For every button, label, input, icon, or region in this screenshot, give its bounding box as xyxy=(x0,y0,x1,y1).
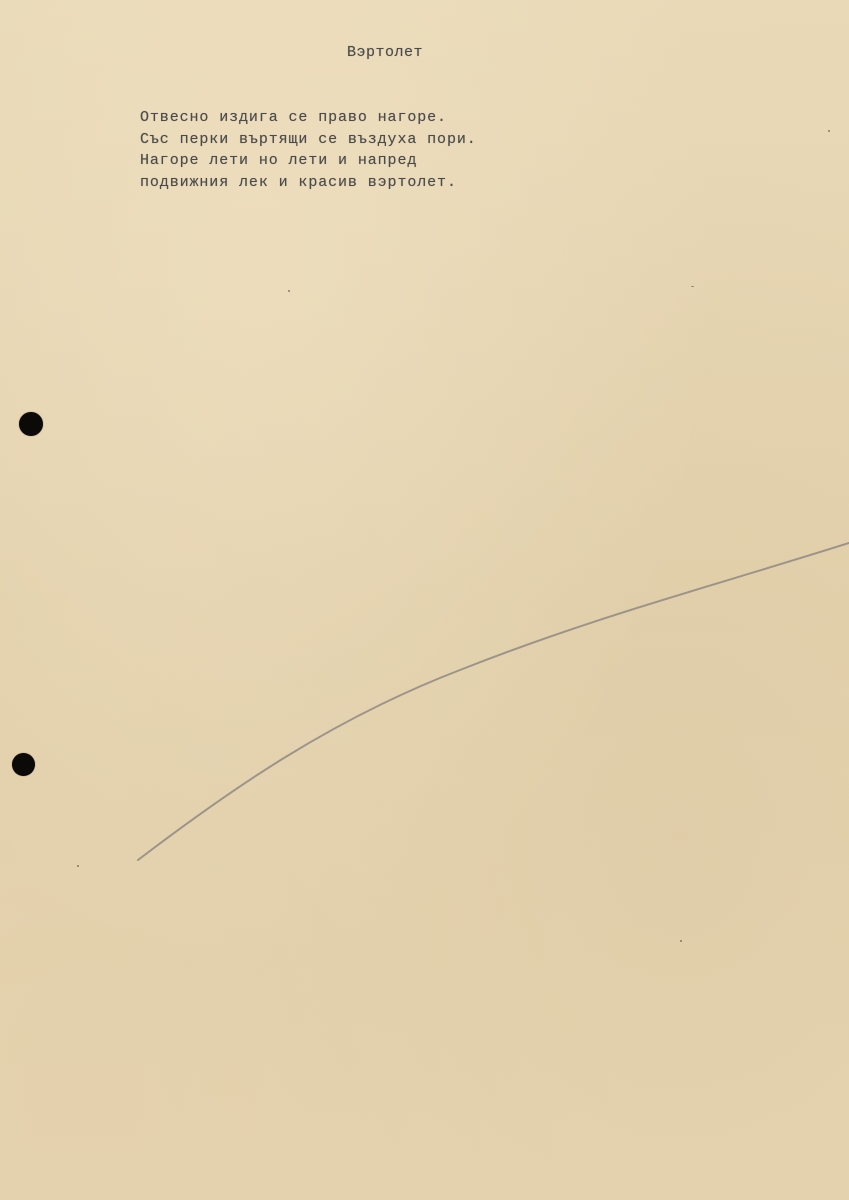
paper-speck xyxy=(680,940,682,942)
poem-body: Отвесно издига се право нагоре. Със перк… xyxy=(140,107,477,193)
poem-line: Със перки въртящи се въздуха пори. xyxy=(140,129,477,151)
paper-speck xyxy=(288,290,290,292)
poem-line: Отвесно издига се право нагоре. xyxy=(140,107,477,129)
document-page: Вэртолет Отвесно издига се право нагоре.… xyxy=(0,0,849,1200)
punch-hole-upper xyxy=(19,412,43,436)
punch-hole-lower xyxy=(12,753,35,776)
poem-line: подвижния лек и красив вэртолет. xyxy=(140,172,477,194)
poem-title: Вэртолет xyxy=(0,44,770,61)
paper-speck xyxy=(77,865,79,867)
paper-speck xyxy=(828,130,830,132)
paper-speck xyxy=(691,286,694,287)
poem-line: Нагоре лети но лети и напред xyxy=(140,150,477,172)
